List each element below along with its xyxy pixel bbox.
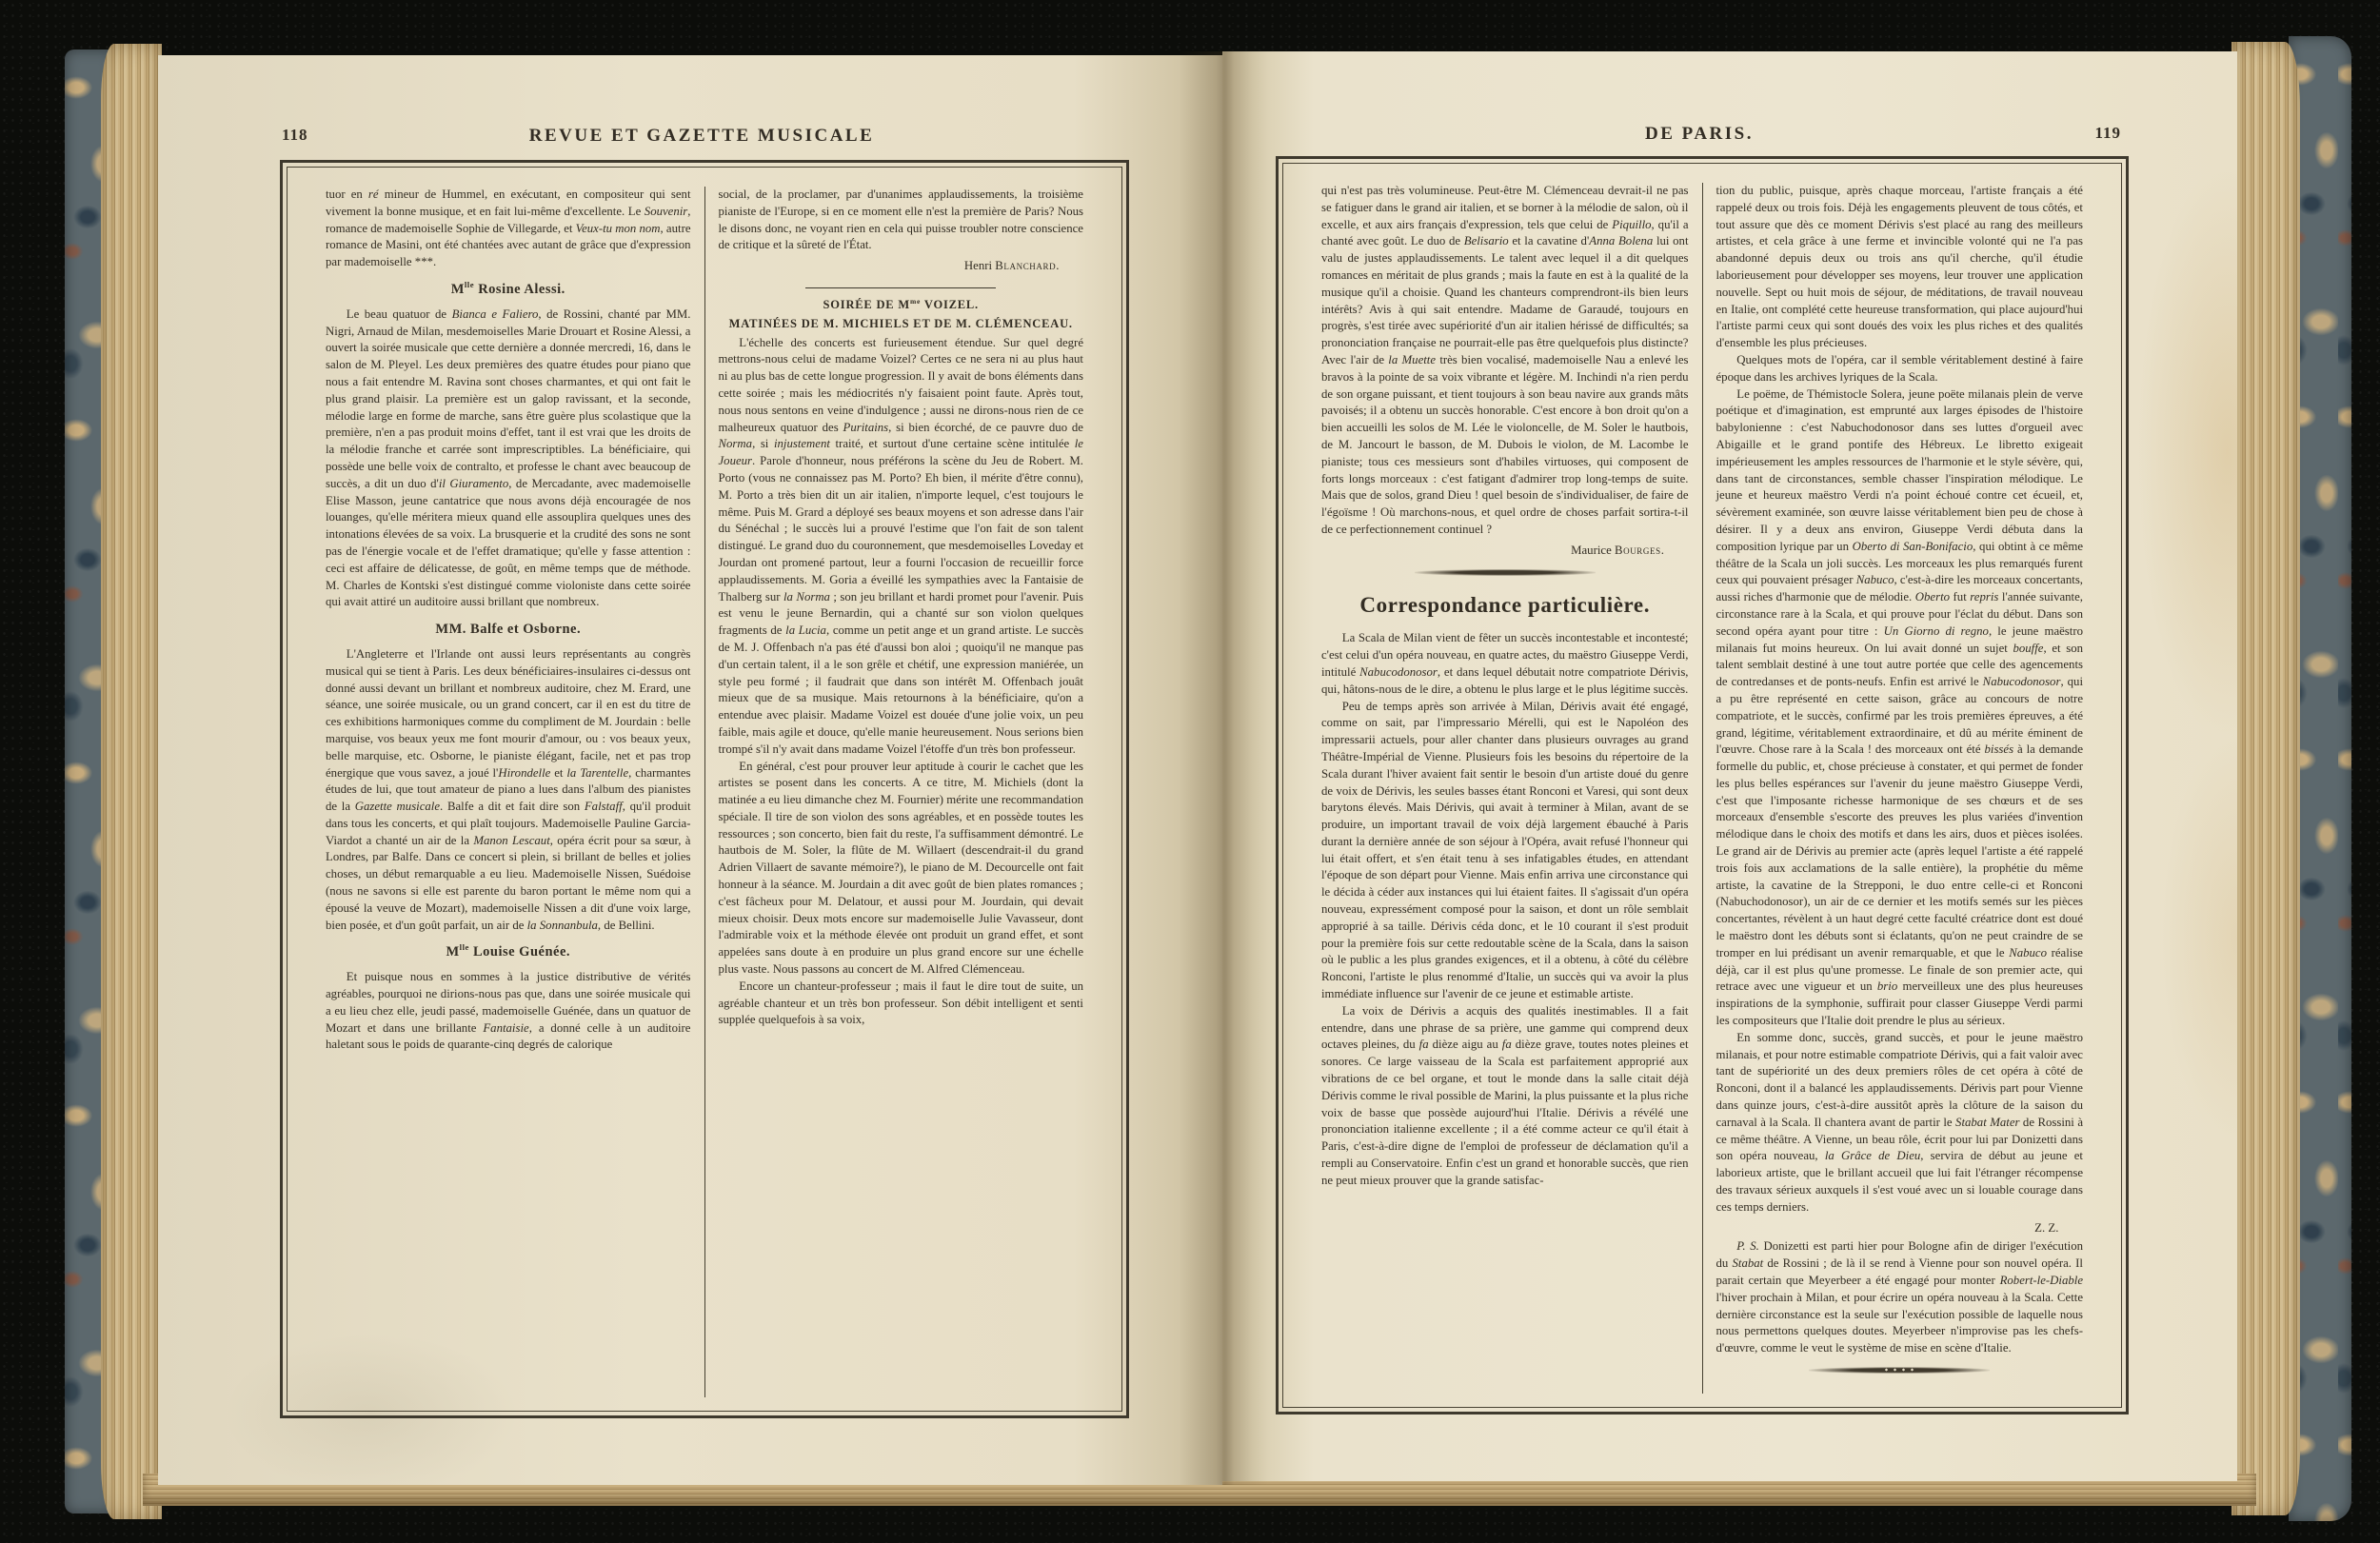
article-heading: Mlle Louise Guénée. bbox=[326, 944, 691, 961]
paragraph: Le poëme, de Thémistocle Solera, jeune p… bbox=[1716, 386, 2084, 1030]
text-column: tuor en ré mineur de Hummel, en exécutan… bbox=[312, 187, 704, 1397]
correspondence-heading: Correspondance particulière. bbox=[1321, 597, 1689, 614]
running-title: REVUE ET GAZETTE MUSICALE bbox=[280, 126, 1123, 147]
page-number: 119 bbox=[2094, 124, 2121, 143]
page-header: DE PARIS. 119 bbox=[1276, 124, 2123, 148]
paragraph: Le beau quatuor de Bianca e Faliero, de … bbox=[326, 307, 691, 611]
paragraph: En somme donc, succès, grand succès, et … bbox=[1716, 1030, 2084, 1217]
text-frame: qui n'est pas très volumineuse. Peut-êtr… bbox=[1276, 156, 2129, 1414]
photograph-of-open-journal: { "journal": { "left_running_title": "RE… bbox=[0, 0, 2380, 1543]
article-heading: MM. Balfe et Osborne. bbox=[326, 622, 691, 639]
paragraph-continuation: qui n'est pas très volumineuse. Peut-êtr… bbox=[1321, 183, 1689, 539]
page-header: 118 REVUE ET GAZETTE MUSICALE bbox=[280, 126, 1123, 150]
paragraph: La voix de Dérivis a acquis des qualités… bbox=[1321, 1003, 1689, 1190]
text-frame: tuor en ré mineur de Hummel, en exécutan… bbox=[280, 160, 1129, 1418]
paragraph-continuation: social, de la proclamer, par d'unanimes … bbox=[719, 187, 1084, 254]
section-heading: SOIRÉE DE Mme VOIZEL. bbox=[719, 297, 1084, 314]
paragraph: Peu de temps après son arrivée à Milan, … bbox=[1321, 699, 1689, 1003]
column-layout: qui n'est pas très volumineuse. Peut-êtr… bbox=[1283, 164, 2121, 1407]
paragraph: Quelques mots de l'opéra, car il semble … bbox=[1716, 352, 2084, 386]
paragraph: En général, c'est pour prouver leur apti… bbox=[719, 759, 1084, 979]
paragraph-continuation: tion du public, puisque, après chaque mo… bbox=[1716, 183, 2084, 352]
journal-page-right: DE PARIS. 119 qui n'est pas très volumin… bbox=[1222, 51, 2237, 1481]
signature: Maurice Bourges. bbox=[1321, 543, 1689, 560]
text-frame-inner: tuor en ré mineur de Hummel, en exécutan… bbox=[287, 167, 1122, 1412]
journal-page-left: 118 REVUE ET GAZETTE MUSICALE tuor en ré… bbox=[158, 55, 1222, 1485]
signature: Z. Z. bbox=[1716, 1220, 2084, 1237]
text-column: social, de la proclamer, par d'unanimes … bbox=[704, 187, 1098, 1397]
text-frame-inner: qui n'est pas très volumineuse. Peut-êtr… bbox=[1282, 163, 2122, 1408]
printer-ornament bbox=[1415, 569, 1596, 576]
text-column: qui n'est pas très volumineuse. Peut-êtr… bbox=[1308, 183, 1702, 1394]
page-block-edge-right bbox=[2231, 42, 2300, 1515]
section-heading: MATINÉES DE M. MICHIELS ET DE M. CLÉMENC… bbox=[719, 316, 1084, 333]
signature: Henri Blanchard. bbox=[719, 258, 1084, 275]
paragraph: L'Angleterre et l'Irlande ont aussi leur… bbox=[326, 646, 691, 935]
running-title: DE PARIS. bbox=[1276, 124, 2123, 145]
printer-ornament bbox=[1809, 1367, 1990, 1374]
column-layout: tuor en ré mineur de Hummel, en exécutan… bbox=[288, 168, 1121, 1411]
paragraph: La Scala de Milan vient de fêter un succ… bbox=[1321, 630, 1689, 698]
article-heading: Mlle Rosine Alessi. bbox=[326, 282, 691, 299]
paragraph: L'échelle des concerts est furieusement … bbox=[719, 335, 1084, 759]
separator-rule bbox=[805, 287, 996, 288]
paragraph: Encore un chanteur-professeur ; mais il … bbox=[719, 979, 1084, 1029]
paragraph: P. S. Donizetti est parti hier pour Bolo… bbox=[1716, 1238, 2084, 1357]
text-column: tion du public, puisque, après chaque mo… bbox=[1702, 183, 2097, 1394]
page-number: 118 bbox=[282, 126, 308, 145]
paragraph: Et puisque nous en sommes à la justice d… bbox=[326, 969, 691, 1054]
paragraph-continuation: tuor en ré mineur de Hummel, en exécutan… bbox=[326, 187, 691, 271]
page-block-edge-left bbox=[101, 44, 162, 1519]
